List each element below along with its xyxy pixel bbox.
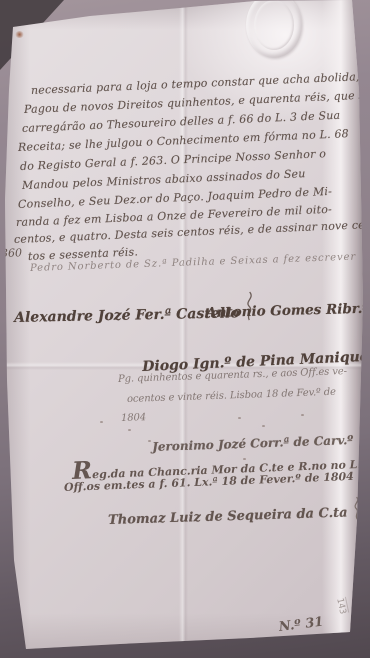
- signature-ribeiro: Antonio Gomes Ribr.º: [206, 288, 370, 321]
- margin-fee-note: 360: [1, 246, 22, 260]
- foxing-spot: [148, 440, 151, 442]
- manuscript-page: necessaria para a loja o tempo constar q…: [0, 0, 370, 658]
- fee-note-line: ocentos e vinte réis. Lisboa 18 de Fev.º…: [127, 387, 336, 405]
- foxing-spot: [301, 414, 304, 416]
- signature-flourish-icon: [350, 496, 363, 520]
- foxing-spot: [100, 421, 103, 423]
- stain-spot: [15, 31, 24, 38]
- embossed-seal-icon: [246, 0, 302, 58]
- signature-costa-text: Thomaz Luiz de Sequeira da C.ta: [108, 505, 348, 528]
- embossed-seal-inner-ring: [254, 0, 294, 50]
- foxing-spot: [238, 417, 241, 419]
- fee-note-line: 1804: [121, 412, 146, 424]
- stain-spot: [0, 94, 5, 103]
- photograph-frame: necessaria para a loja o tempo constar q…: [0, 0, 370, 658]
- page-number: N.º 31: [278, 615, 324, 635]
- foxing-spot: [128, 429, 131, 431]
- signature-flourish-icon: [356, 420, 369, 446]
